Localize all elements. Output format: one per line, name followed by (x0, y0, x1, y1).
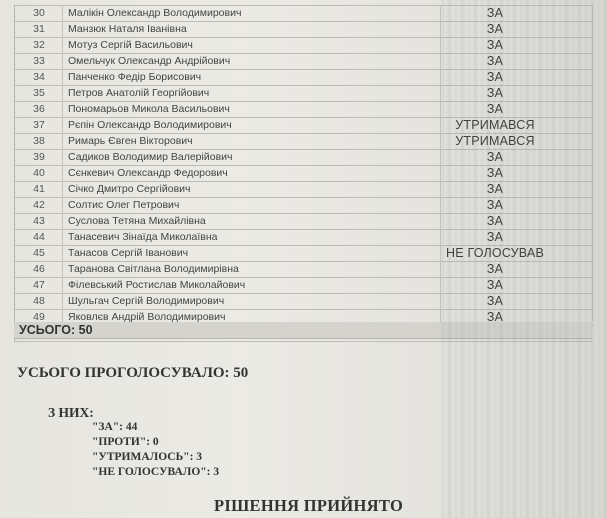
column-divider (440, 5, 441, 322)
table-row: 36Пономарьов Микола ВасильовичЗА (15, 102, 593, 118)
deputy-name: Рєпін Олександр Володимирович (68, 118, 232, 133)
deputy-name: Пономарьов Микола Васильович (68, 102, 230, 117)
deputy-name: Солтис Олег Петрович (68, 198, 179, 213)
summary-for: "ЗА": 44 (92, 421, 137, 433)
deputy-name: Омельчук Олександр Андрійович (68, 54, 230, 69)
table-row: 46Таранова Світлана ВолодимирівнаЗА (15, 262, 593, 278)
deputy-name: Сєнкевич Олександр Федорович (68, 166, 228, 181)
deputy-name: Танасевич Зінаїда Миколаївна (68, 230, 218, 245)
table-row: 45Танасов Сергій ІвановичНЕ ГОЛОСУВАВ (15, 246, 593, 262)
table-row: 35Петров Анатолій ГеоргійовичЗА (15, 86, 593, 102)
vote-value: ЗА (435, 70, 555, 85)
row-number: 37 (15, 118, 63, 133)
deputy-name: Суслова Тетяна Михайлівна (68, 214, 206, 229)
table-row: 38Римарь Євген ВікторовичУТРИМАВСЯ (15, 134, 593, 150)
vote-value: ЗА (435, 214, 555, 229)
decision-text: РІШЕННЯ ПРИЙНЯТО (214, 496, 403, 516)
table-row: 34Панченко Федір БорисовичЗА (15, 70, 593, 86)
vote-value: ЗА (435, 86, 555, 101)
vote-value: ЗА (435, 262, 555, 277)
deputy-name: Шульгач Сергій Володимирович (68, 294, 224, 309)
table-right-border (592, 5, 593, 322)
total-label: УСЬОГО: 50 (19, 322, 93, 338)
deputy-name: Петров Анатолій Георгійович (68, 86, 209, 101)
deputy-name: Таранова Світлана Володимирівна (68, 262, 239, 277)
deputy-name: Малікін Олександр Володимирович (68, 6, 241, 21)
vote-value: ЗА (435, 150, 555, 165)
table-row: 32Мотуз Сергій ВасильовичЗА (15, 38, 593, 54)
deputy-name: Січко Дмитро Сергійович (68, 182, 191, 197)
table-row: 42Солтис Олег ПетровичЗА (15, 198, 593, 214)
vote-value: ЗА (435, 166, 555, 181)
vote-value: ЗА (435, 182, 555, 197)
summary-abstained: "УТРИМАЛОСЬ": 3 (92, 451, 202, 463)
table-row: 47Філевський Ростислав МиколайовичЗА (15, 278, 593, 294)
of-them-label: З НИХ: (48, 405, 94, 421)
vote-value: УТРИМАВСЯ (435, 118, 555, 133)
deputy-name: Римарь Євген Вікторович (68, 134, 193, 149)
table-row: 39Садиков Володимир ВалерійовичЗА (15, 150, 593, 166)
row-number: 30 (15, 6, 63, 21)
row-number: 32 (15, 38, 63, 53)
column-divider (62, 5, 63, 322)
deputy-name: Мотуз Сергій Васильович (68, 38, 193, 53)
table-row: 48Шульгач Сергій ВолодимировичЗА (15, 294, 593, 310)
vote-value: ЗА (435, 102, 555, 117)
row-number: 48 (15, 294, 63, 309)
row-number: 33 (15, 54, 63, 69)
vote-value: ЗА (435, 54, 555, 69)
summary-not-voted: "НЕ ГОЛОСУВАЛО": 3 (92, 466, 219, 478)
vote-value: ЗА (435, 6, 555, 21)
deputy-name: Філевський Ростислав Миколайович (68, 278, 245, 293)
row-number: 41 (15, 182, 63, 197)
table-row: 30Малікін Олександр ВолодимировичЗА (15, 5, 593, 22)
row-number: 45 (15, 246, 63, 261)
table-row: 43Суслова Тетяна МихайлівнаЗА (15, 214, 593, 230)
row-number: 44 (15, 230, 63, 245)
table-row: 31Манзюк Наталя ІванівнаЗА (15, 22, 593, 38)
row-number: 38 (15, 134, 63, 149)
table-row: 40Сєнкевич Олександр ФедоровичЗА (15, 166, 593, 182)
row-number: 36 (15, 102, 63, 117)
vote-value: ЗА (435, 38, 555, 53)
row-number: 35 (15, 86, 63, 101)
deputy-name: Панченко Федір Борисович (68, 70, 201, 85)
vote-table: 30Малікін Олександр ВолодимировичЗА31Ман… (14, 5, 593, 342)
total-row: УСЬОГО: 50 (14, 322, 592, 339)
table-row: 41Січко Дмитро СергійовичЗА (15, 182, 593, 198)
row-number: 39 (15, 150, 63, 165)
vote-value: ЗА (435, 294, 555, 309)
row-number: 47 (15, 278, 63, 293)
vote-value: ЗА (435, 22, 555, 37)
row-number: 34 (15, 70, 63, 85)
table-row: 37Рєпін Олександр ВолодимировичУТРИМАВСЯ (15, 118, 593, 134)
row-number: 40 (15, 166, 63, 181)
table-row: 33Омельчук Олександр АндрійовичЗА (15, 54, 593, 70)
total-voted-heading: УСЬОГО ПРОГОЛОСУВАЛО: 50 (17, 365, 248, 382)
vote-value: ЗА (435, 230, 555, 245)
deputy-name: Танасов Сергій Іванович (68, 246, 188, 261)
row-number: 46 (15, 262, 63, 277)
vote-value: УТРИМАВСЯ (435, 134, 555, 149)
vote-value: ЗА (435, 198, 555, 213)
row-number: 31 (15, 22, 63, 37)
vote-value: НЕ ГОЛОСУВАВ (435, 246, 555, 261)
deputy-name: Манзюк Наталя Іванівна (68, 22, 187, 37)
table-row: 44Танасевич Зінаїда МиколаївнаЗА (15, 230, 593, 246)
deputy-name: Садиков Володимир Валерійович (68, 150, 232, 165)
summary-against: "ПРОТИ": 0 (92, 436, 159, 448)
vote-value: ЗА (435, 278, 555, 293)
row-number: 43 (15, 214, 63, 229)
row-number: 42 (15, 198, 63, 213)
